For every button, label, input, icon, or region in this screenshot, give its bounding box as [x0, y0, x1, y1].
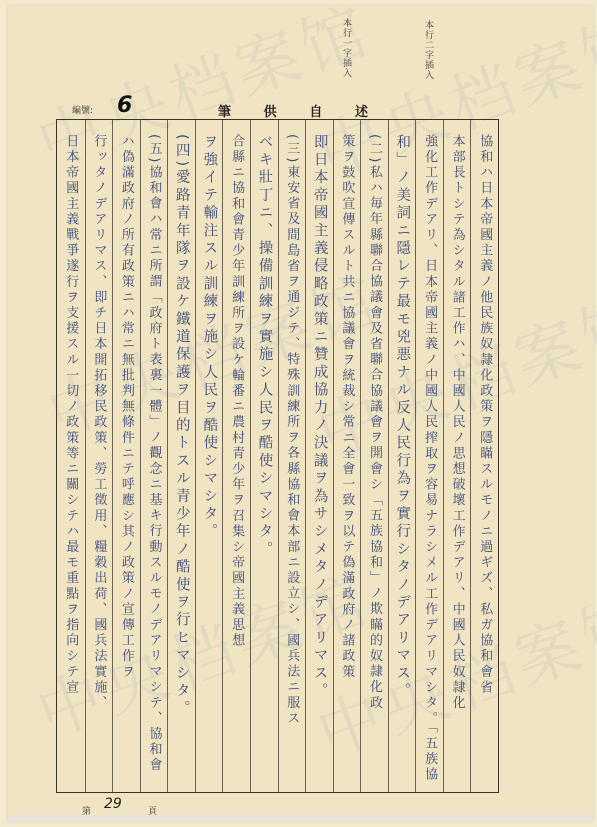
text-column: 日本帝國主義戰爭遂行ヲ支援スル一切ノ政策等ニ關シテハ最モ重點ヲ指向シテ宣 — [57, 120, 85, 792]
text-column: (三)東安省及間島省ヲ通ジテ、特殊訓練所ヲ各縣協和會本部ニ設立シ、國兵法ニ服ス — [278, 120, 306, 792]
column-text: 和」ノ美詞ニ隱レテ最モ兇悪ナル反人民行為ヲ實行シタノデアリマス。 — [395, 134, 410, 700]
column-text: 策ヲ鼓吹宣傳スルト共ニ協議會ヲ統裁シ常ニ全會一致ヲ以テ偽滿政府ノ諸政策 — [340, 134, 353, 680]
title-char: 供 — [264, 101, 277, 120]
manuscript-grid: 協和ハ日本帝國主義ノ他民族奴隷化政策ヲ隱瞞スルモノニ過ギズ、私ガ協和會省 本部長… — [56, 119, 499, 793]
margin-note-insertion: 本行一字插入 — [340, 18, 353, 78]
text-column: 行ッタノデアリマス、即チ日本開拓移民政策、勞工徵用、糧穀出荷、國兵法實施、 — [85, 120, 113, 792]
text-column: (二)私ハ毎年縣聯合協議會及省聯合協議會ヲ開會シ「五族協和」ノ欺瞞的奴隷化政 — [360, 120, 388, 792]
page-prefix: 第 — [82, 807, 91, 817]
column-text: (四)愛路青年隊ヲ設ケ鐵道保護ヲ目的トスル青少年ノ酷使ヲ行ヒマシタ。 — [174, 134, 189, 718]
column-text: (二)私ハ毎年縣聯合協議會及省聯合協議會ヲ開會シ「五族協和」ノ欺瞞的奴隷化政 — [368, 134, 381, 711]
column-text: 行ッタノデアリマス、即チ日本開拓移民政策、勞工徵用、糧穀出荷、國兵法實施、 — [92, 134, 105, 711]
paper-edge — [8, 815, 593, 821]
title-char: 筆 — [218, 101, 231, 120]
text-column: (四)愛路青年隊ヲ設ケ鐵道保護ヲ目的トスル青少年ノ酷使ヲ行ヒマシタ。 — [167, 120, 195, 792]
serial-number-label: 編號: — [72, 103, 93, 116]
page-footer: 第 29 頁 — [82, 804, 91, 817]
column-text: 協和ハ日本帝國主義ノ他民族奴隷化政策ヲ隱瞞スルモノニ過ギズ、私ガ協和會省 — [478, 134, 491, 696]
page-number: 29 — [104, 796, 122, 812]
text-column: ヲ強イテ輸注スル訓練ヲ施シ人民ヲ酷使シマシタ。 — [195, 120, 223, 792]
title-char: 自 — [309, 101, 322, 120]
column-text: 即日本帝國主義侵略政策ニ贊成協力ノ決議ヲ為サシメタノデアリマス。 — [312, 134, 327, 700]
text-column: (五)協和會ハ常ニ所謂「政府ト表裏一體」ノ觀念ニ基キ行動スルモノデアリマシテ、協… — [140, 120, 168, 792]
document-title: 筆 供 自 述 — [218, 101, 368, 120]
margin-note-insertion: 本行二字插入 — [422, 20, 435, 80]
text-column: 策ヲ鼓吹宣傳スルト共ニ協議會ヲ統裁シ常ニ全會一致ヲ以テ偽滿政府ノ諸政策 — [333, 120, 361, 792]
column-text: 日本帝國主義戰爭遂行ヲ支援スル一切ノ政策等ニ關シテハ最モ重點ヲ指向シテ宣 — [64, 134, 77, 696]
text-column: ハ偽滿政府ノ所有政策ニハ常ニ無批判無條件ニテ呼應シ其ノ政策ノ宣傳工作ヲ — [112, 120, 140, 792]
text-column: 和」ノ美詞ニ隱レテ最モ兇悪ナル反人民行為ヲ實行シタノデアリマス。 — [388, 120, 416, 792]
column-text: ベキ壯丁ニ、操備訓練ヲ實施シ人民ヲ酷使シマシタ。 — [257, 134, 272, 559]
title-char: 述 — [355, 101, 368, 120]
text-column: ベキ壯丁ニ、操備訓練ヲ實施シ人民ヲ酷使シマシタ。 — [250, 120, 278, 792]
column-text: 強化工作デアリ、日本帝國主義ノ中國人民搾取ヲ容易ナラシメル工作デアリマシタ。「五… — [423, 134, 436, 783]
text-column: 協和ハ日本帝國主義ノ他民族奴隷化政策ヲ隱瞞スルモノニ過ギズ、私ガ協和會省 — [470, 120, 498, 792]
text-column: 強化工作デアリ、日本帝國主義ノ中國人民搾取ヲ容易ナラシメル工作デアリマシタ。「五… — [415, 120, 443, 792]
column-text: (五)協和會ハ常ニ所謂「政府ト表裏一體」ノ觀念ニ基キ行動スルモノデアリマシテ、協… — [147, 134, 160, 773]
text-column: 本部長トシテ為シタル諸工作ハ、中國人民ノ思想破壞工作デアリ、中國人民奴隷化 — [443, 120, 471, 792]
serial-number-value: 6 — [117, 93, 132, 118]
column-text: 本部長トシテ為シタル諸工作ハ、中國人民ノ思想破壞工作デアリ、中國人民奴隷化 — [451, 134, 464, 711]
page-suffix: 頁 — [148, 804, 157, 817]
column-text: ハ偽滿政府ノ所有政策ニハ常ニ無批判無條件ニテ呼應シ其ノ政策ノ宣傳工作ヲ — [120, 134, 133, 680]
column-text: 合縣ニ協和會青少年訓練所ヲ設ケ輪番ニ農村青少年ヲ召集シ帝國主義思想 — [230, 134, 243, 649]
column-text: (三)東安省及間島省ヲ通ジテ、特殊訓練所ヲ各縣協和會本部ニ設立シ、國兵法ニ服ス — [285, 134, 298, 727]
column-text: ヲ強イテ輸注スル訓練ヲ施シ人民ヲ酷使シマシタ。 — [202, 134, 217, 541]
text-column: 合縣ニ協和會青少年訓練所ヲ設ケ輪番ニ農村青少年ヲ召集シ帝國主義思想 — [222, 120, 250, 792]
text-column: 即日本帝國主義侵略政策ニ贊成協力ノ決議ヲ為サシメタノデアリマス。 — [305, 120, 333, 792]
